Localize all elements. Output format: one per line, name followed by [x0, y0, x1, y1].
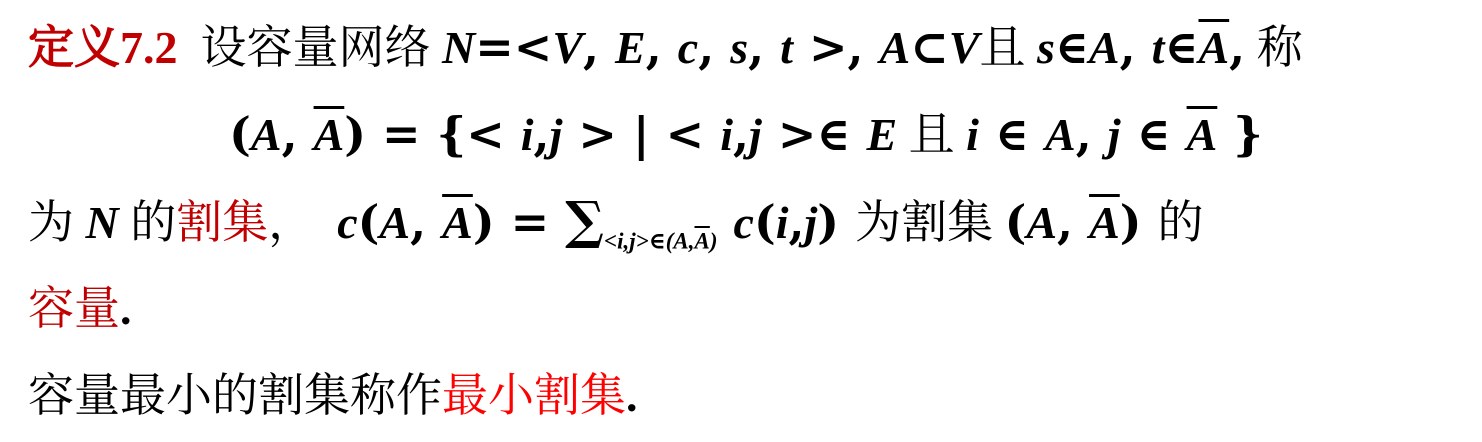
math-var: j — [749, 109, 762, 160]
math-var-bar: A — [1187, 109, 1218, 160]
text-run: 且 — [979, 22, 1037, 73]
math-op: , — [1229, 20, 1245, 74]
text-run: . — [120, 283, 132, 334]
math-op: ( — [754, 195, 776, 249]
math-op: >, — [793, 20, 880, 74]
term-capacity: 容量 — [28, 283, 120, 334]
math-op: ⊂ — [910, 20, 949, 74]
sum-subscript: <i,j>∈(A, — [604, 228, 695, 253]
capacity-term-line: 容量. — [28, 265, 1464, 352]
text-run: 容量最小的割集称作 — [28, 370, 442, 421]
math-op: ∈ — [1121, 107, 1187, 161]
math-var: j — [1108, 109, 1121, 160]
math-var: i — [966, 109, 979, 160]
sum-operator: ∑ — [565, 191, 604, 251]
math-op: , — [410, 195, 442, 249]
math-op: , — [1057, 195, 1089, 249]
math-var: A — [379, 197, 410, 248]
text-run: ， — [268, 197, 337, 248]
math-var: c — [678, 22, 698, 73]
math-var: s — [730, 22, 748, 73]
text-run: 为 — [28, 197, 86, 248]
math-op: , — [282, 107, 314, 161]
math-var: i — [720, 109, 733, 160]
math-op: , — [1076, 107, 1108, 161]
math-var: E — [615, 22, 646, 73]
math-op: ( — [229, 107, 251, 161]
math-op: =< — [475, 20, 552, 74]
math-var: i — [776, 197, 789, 248]
math-var: j — [550, 109, 563, 160]
capacity-formula-line: 为 N 的割集， c(A, A) = ∑<i,j>∈(A,A) c(i,j) 为… — [28, 178, 1464, 265]
math-var: A — [1045, 109, 1076, 160]
math-var: A — [1089, 22, 1120, 73]
cut-set-formula-line: (A, A) = {< i,j > | < i,j >∈ E 且 i ∈ A, … — [28, 91, 1464, 178]
definition-label: 定义7.2 — [28, 22, 178, 73]
sum-subscript-bar: A — [695, 228, 710, 253]
math-var: c — [734, 197, 754, 248]
math-op: } — [1217, 107, 1263, 161]
math-op: > | < — [562, 107, 720, 161]
text-run: 称 — [1245, 22, 1303, 73]
math-op: , — [748, 20, 780, 74]
math-var: V — [552, 22, 583, 73]
math-var: N — [442, 22, 475, 73]
text-run: 的 — [1158, 197, 1204, 248]
math-var: j — [805, 197, 818, 248]
math-op: , — [534, 107, 550, 161]
math-op: , — [1120, 20, 1152, 74]
math-op: ( — [1005, 195, 1027, 249]
term-cut-set: 割集 — [176, 197, 268, 248]
math-op: ∈ — [979, 107, 1045, 161]
math-var-bar: A — [442, 197, 473, 248]
text-run: 设容量网络 — [178, 22, 443, 73]
math-op: ) — [817, 195, 855, 249]
math-var: A — [251, 109, 282, 160]
text-run: 且 — [897, 109, 966, 160]
math-var-bar: A — [1089, 197, 1120, 248]
math-var: t — [1152, 22, 1165, 73]
min-cut-line: 容量最小的割集称作最小割集. — [28, 352, 1464, 439]
math-var: N — [86, 197, 119, 248]
text-run: 为割集 — [855, 197, 1005, 248]
term-min-cut: 最小割集 — [442, 370, 626, 421]
math-op: ) = — [473, 195, 565, 249]
math-var: t — [780, 22, 793, 73]
math-op: ( — [358, 195, 380, 249]
math-var-bar: A — [314, 109, 345, 160]
math-var: i — [521, 109, 534, 160]
math-op: ) — [1120, 195, 1158, 249]
definition-heading-line: 定义7.2 设容量网络 N=<V, E, c, s, t >, A⊂V且 s∈A… — [28, 4, 1464, 91]
math-var: A — [1026, 197, 1057, 248]
math-var: A — [880, 22, 911, 73]
math-var: V — [949, 22, 980, 73]
math-op: >∈ — [762, 107, 867, 161]
math-op: , — [583, 20, 615, 74]
math-op: , — [733, 107, 749, 161]
math-op: , — [698, 20, 730, 74]
math-var: s — [1037, 22, 1055, 73]
math-op: , — [646, 20, 678, 74]
math-var-bar: A — [1198, 22, 1229, 73]
math-op: ∈ — [1055, 20, 1089, 74]
math-op: , — [789, 195, 805, 249]
math-var: c — [337, 197, 357, 248]
text-run: 的 — [119, 197, 177, 248]
definition-slide: 定义7.2 设容量网络 N=<V, E, c, s, t >, A⊂V且 s∈A… — [0, 0, 1482, 442]
math-var: E — [866, 109, 897, 160]
math-op: ) = {< — [344, 107, 520, 161]
text-run: . — [626, 370, 638, 421]
math-op — [718, 195, 734, 249]
math-op: ∈ — [1164, 20, 1198, 74]
sum-subscript: ) — [710, 228, 718, 253]
